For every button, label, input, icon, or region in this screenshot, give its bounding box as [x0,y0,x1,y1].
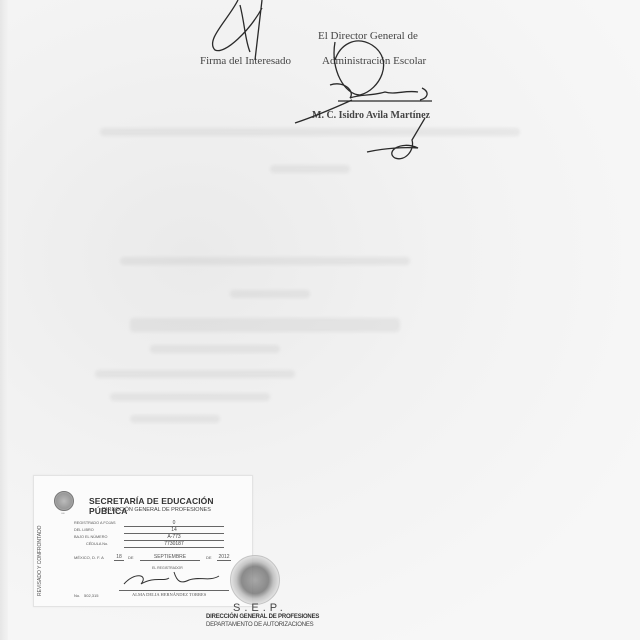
stamp-vertical-label: REVISADO Y CONFRONTADO [37,525,43,596]
stamp-subtitle: DIRECCIÓN GENERAL DE PROFESIONES [102,507,211,513]
stamp-title: SECRETARÍA DE EDUCACIÓN PÚBLICA [89,496,252,516]
field-value-cedula: 7730187 [124,541,224,548]
registration-stamp: ••• SECRETARÍA DE EDUCACIÓN PÚBLICA DIRE… [33,475,253,607]
registrar-line [119,590,229,591]
field-value-fojas: 0 [124,520,224,527]
field-value-numero: A-773 [124,534,224,541]
emblem-caption: ••• [50,512,76,515]
date-de1: DE [128,555,134,560]
field-label-fojas: REGISTRADO A FOJAS [74,521,116,525]
place-prefix: MÉXICO, D. F. A [74,555,104,560]
coat-of-arms-icon [54,491,74,511]
sep-line2: DEPARTAMENTO DE AUTORIZACIONES [206,622,313,628]
date-year: 2012 [217,554,231,561]
number-label: No. [74,593,80,598]
field-value-libro: 14 [124,527,224,534]
sep-seal-icon [230,555,280,605]
date-day: 18 [114,554,124,561]
field-label-cedula: CÉDULA No. [86,542,108,546]
registrar-name: ALMA DELIA HERNÁNDEZ TORRES [132,592,206,597]
number-value: 502,315 [84,593,98,598]
field-label-libro: DEL LIBRO [74,528,94,532]
sep-initials: S.E.P. [233,602,287,614]
field-label-numero: BAJO EL NÚMERO [74,535,107,539]
sep-line1: DIRECCIÓN GENERAL DE PROFESIONES [206,614,319,620]
registrar-signature [119,568,229,590]
date-month: SEPTIEMBRE [140,554,200,561]
date-de2: DE [206,555,212,560]
document-page: Firma del Interesado El Director General… [0,0,640,640]
